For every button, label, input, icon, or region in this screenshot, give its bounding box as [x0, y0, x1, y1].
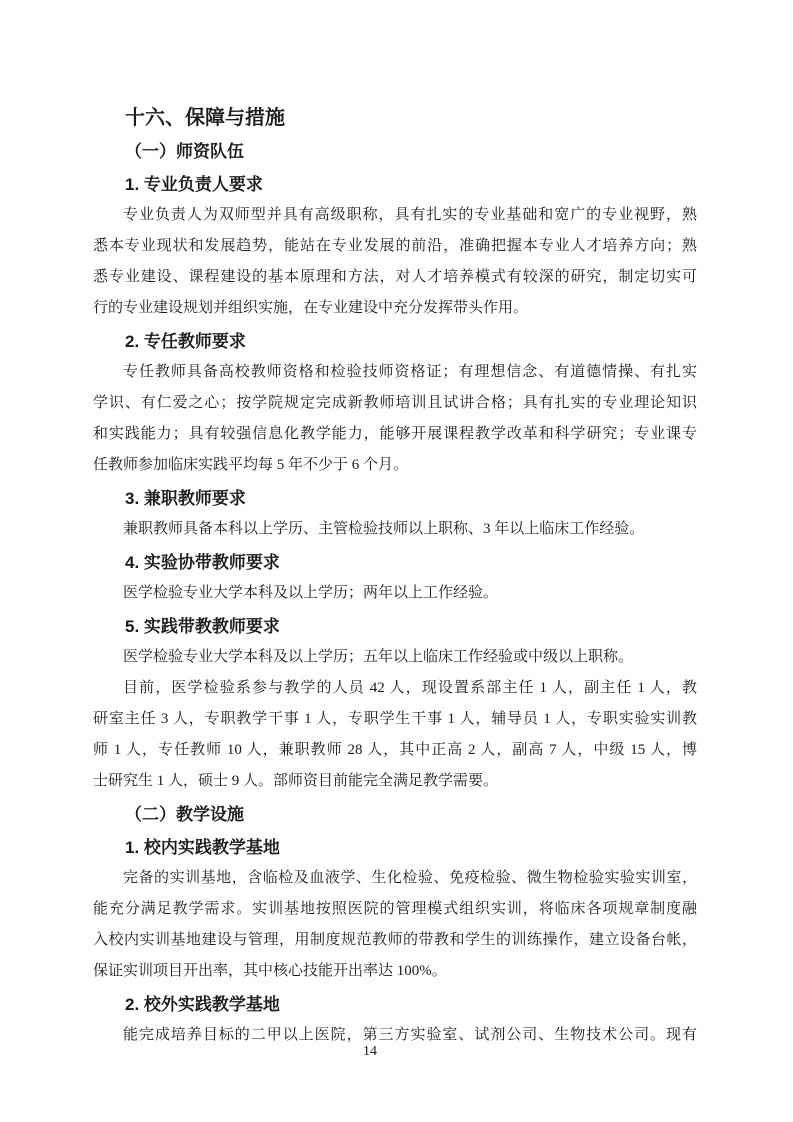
paragraph-line: 专任教师具备高校教师资格和检验技师资格证；有理想信念、有道德情操、有扎实 [93, 357, 697, 388]
item-heading: 1. 校内实践教学基地 [125, 832, 697, 863]
paragraph-line: 悉专业建设、课程建设的基本原理和方法，对人才培养模式有较深的研究，制定切实可 [93, 262, 697, 293]
paragraph-line: 入校内实训基地建设与管理，用制度规范教师的带教和学生的训练操作，建立设备台帐， [93, 925, 697, 956]
paragraph-line: 行的专业建设规划并组织实施，在专业建设中充分发挥带头作用。 [93, 293, 697, 324]
paragraph: 兼职教师具备本科以上学历、主管检验技师以上职称、3 年以上临床工作经验。 [93, 514, 697, 545]
paragraph-line: 目前，医学检验系参与教学的人员 42 人，现设置系部主任 1 人，副主任 1 人… [93, 673, 697, 704]
paragraph: 完备的实训基地，含临检及血液学、生化检验、免疫检验、微生物检验实验实训室，能充分… [93, 863, 697, 987]
paragraph-line: 师 1 人，专任教师 10 人，兼职教师 28 人，其中正高 2 人，副高 7 … [93, 735, 697, 766]
item-heading: 1. 专业负责人要求 [125, 169, 697, 200]
item-heading: 5. 实践带教教师要求 [125, 611, 697, 642]
item-heading: 2. 校外实践教学基地 [125, 989, 697, 1020]
paragraph-line: 保证实训项目开出率，其中核心技能开出率达 100%。 [93, 956, 697, 987]
subsection-heading: （二）教学设施 [125, 799, 697, 830]
paragraph-line: 和实践能力；具有较强信息化教学能力，能够开展课程教学改革和科学研究；专业课专 [93, 419, 697, 450]
paragraph-line: 兼职教师具备本科以上学历、主管检验技师以上职称、3 年以上临床工作经验。 [93, 514, 697, 545]
paragraph-line: 悉本专业现状和发展趋势，能站在专业发展的前沿，准确把握本专业人才培养方向；熟 [93, 231, 697, 262]
page-number: 14 [0, 1042, 740, 1062]
paragraph: 医学检验专业大学本科及以上学历；两年以上工作经验。 [93, 578, 697, 609]
paragraph-line: 医学检验专业大学本科及以上学历；五年以上临床工作经验或中级以上职称。 [93, 642, 697, 673]
paragraph-line: 能充分满足教学需求。实训基地按照医院的管理模式组织实训，将临床各项规章制度融 [93, 894, 697, 925]
document-page: 十六、保障与措施（一）师资队伍1. 专业负责人要求专业负责人为双师型并具有高级职… [0, 0, 793, 1122]
item-heading: 4. 实验协带教师要求 [125, 547, 697, 578]
paragraph: 专任教师具备高校教师资格和检验技师资格证；有理想信念、有道德情操、有扎实学识、有… [93, 357, 697, 481]
document-content: 十六、保障与措施（一）师资队伍1. 专业负责人要求专业负责人为双师型并具有高级职… [93, 102, 697, 1051]
item-heading: 3. 兼职教师要求 [125, 483, 697, 514]
paragraph-line: 完备的实训基地，含临检及血液学、生化检验、免疫检验、微生物检验实验实训室， [93, 863, 697, 894]
paragraph-line: 专业负责人为双师型并具有高级职称，具有扎实的专业基础和宽广的专业视野，熟 [93, 200, 697, 231]
paragraph-line: 医学检验专业大学本科及以上学历；两年以上工作经验。 [93, 578, 697, 609]
paragraph: 目前，医学检验系参与教学的人员 42 人，现设置系部主任 1 人，副主任 1 人… [93, 673, 697, 797]
item-heading: 2. 专任教师要求 [125, 326, 697, 357]
paragraph: 专业负责人为双师型并具有高级职称，具有扎实的专业基础和宽广的专业视野，熟悉本专业… [93, 200, 697, 324]
chapter-heading: 十六、保障与措施 [125, 102, 697, 134]
paragraph: 医学检验专业大学本科及以上学历；五年以上临床工作经验或中级以上职称。 [93, 642, 697, 673]
paragraph-line: 研室主任 3 人，专职教学干事 1 人，专职学生干事 1 人，辅导员 1 人，专… [93, 704, 697, 735]
subsection-heading: （一）师资队伍 [125, 136, 697, 167]
paragraph-line: 士研究生 1 人，硕士 9 人。部师资目前能完全满足教学需要。 [93, 766, 697, 797]
paragraph-line: 学识、有仁爱之心；按学院规定完成新教师培训且试讲合格；具有扎实的专业理论知识 [93, 388, 697, 419]
paragraph-line: 任教师参加临床实践平均每 5 年不少于 6 个月。 [93, 450, 697, 481]
